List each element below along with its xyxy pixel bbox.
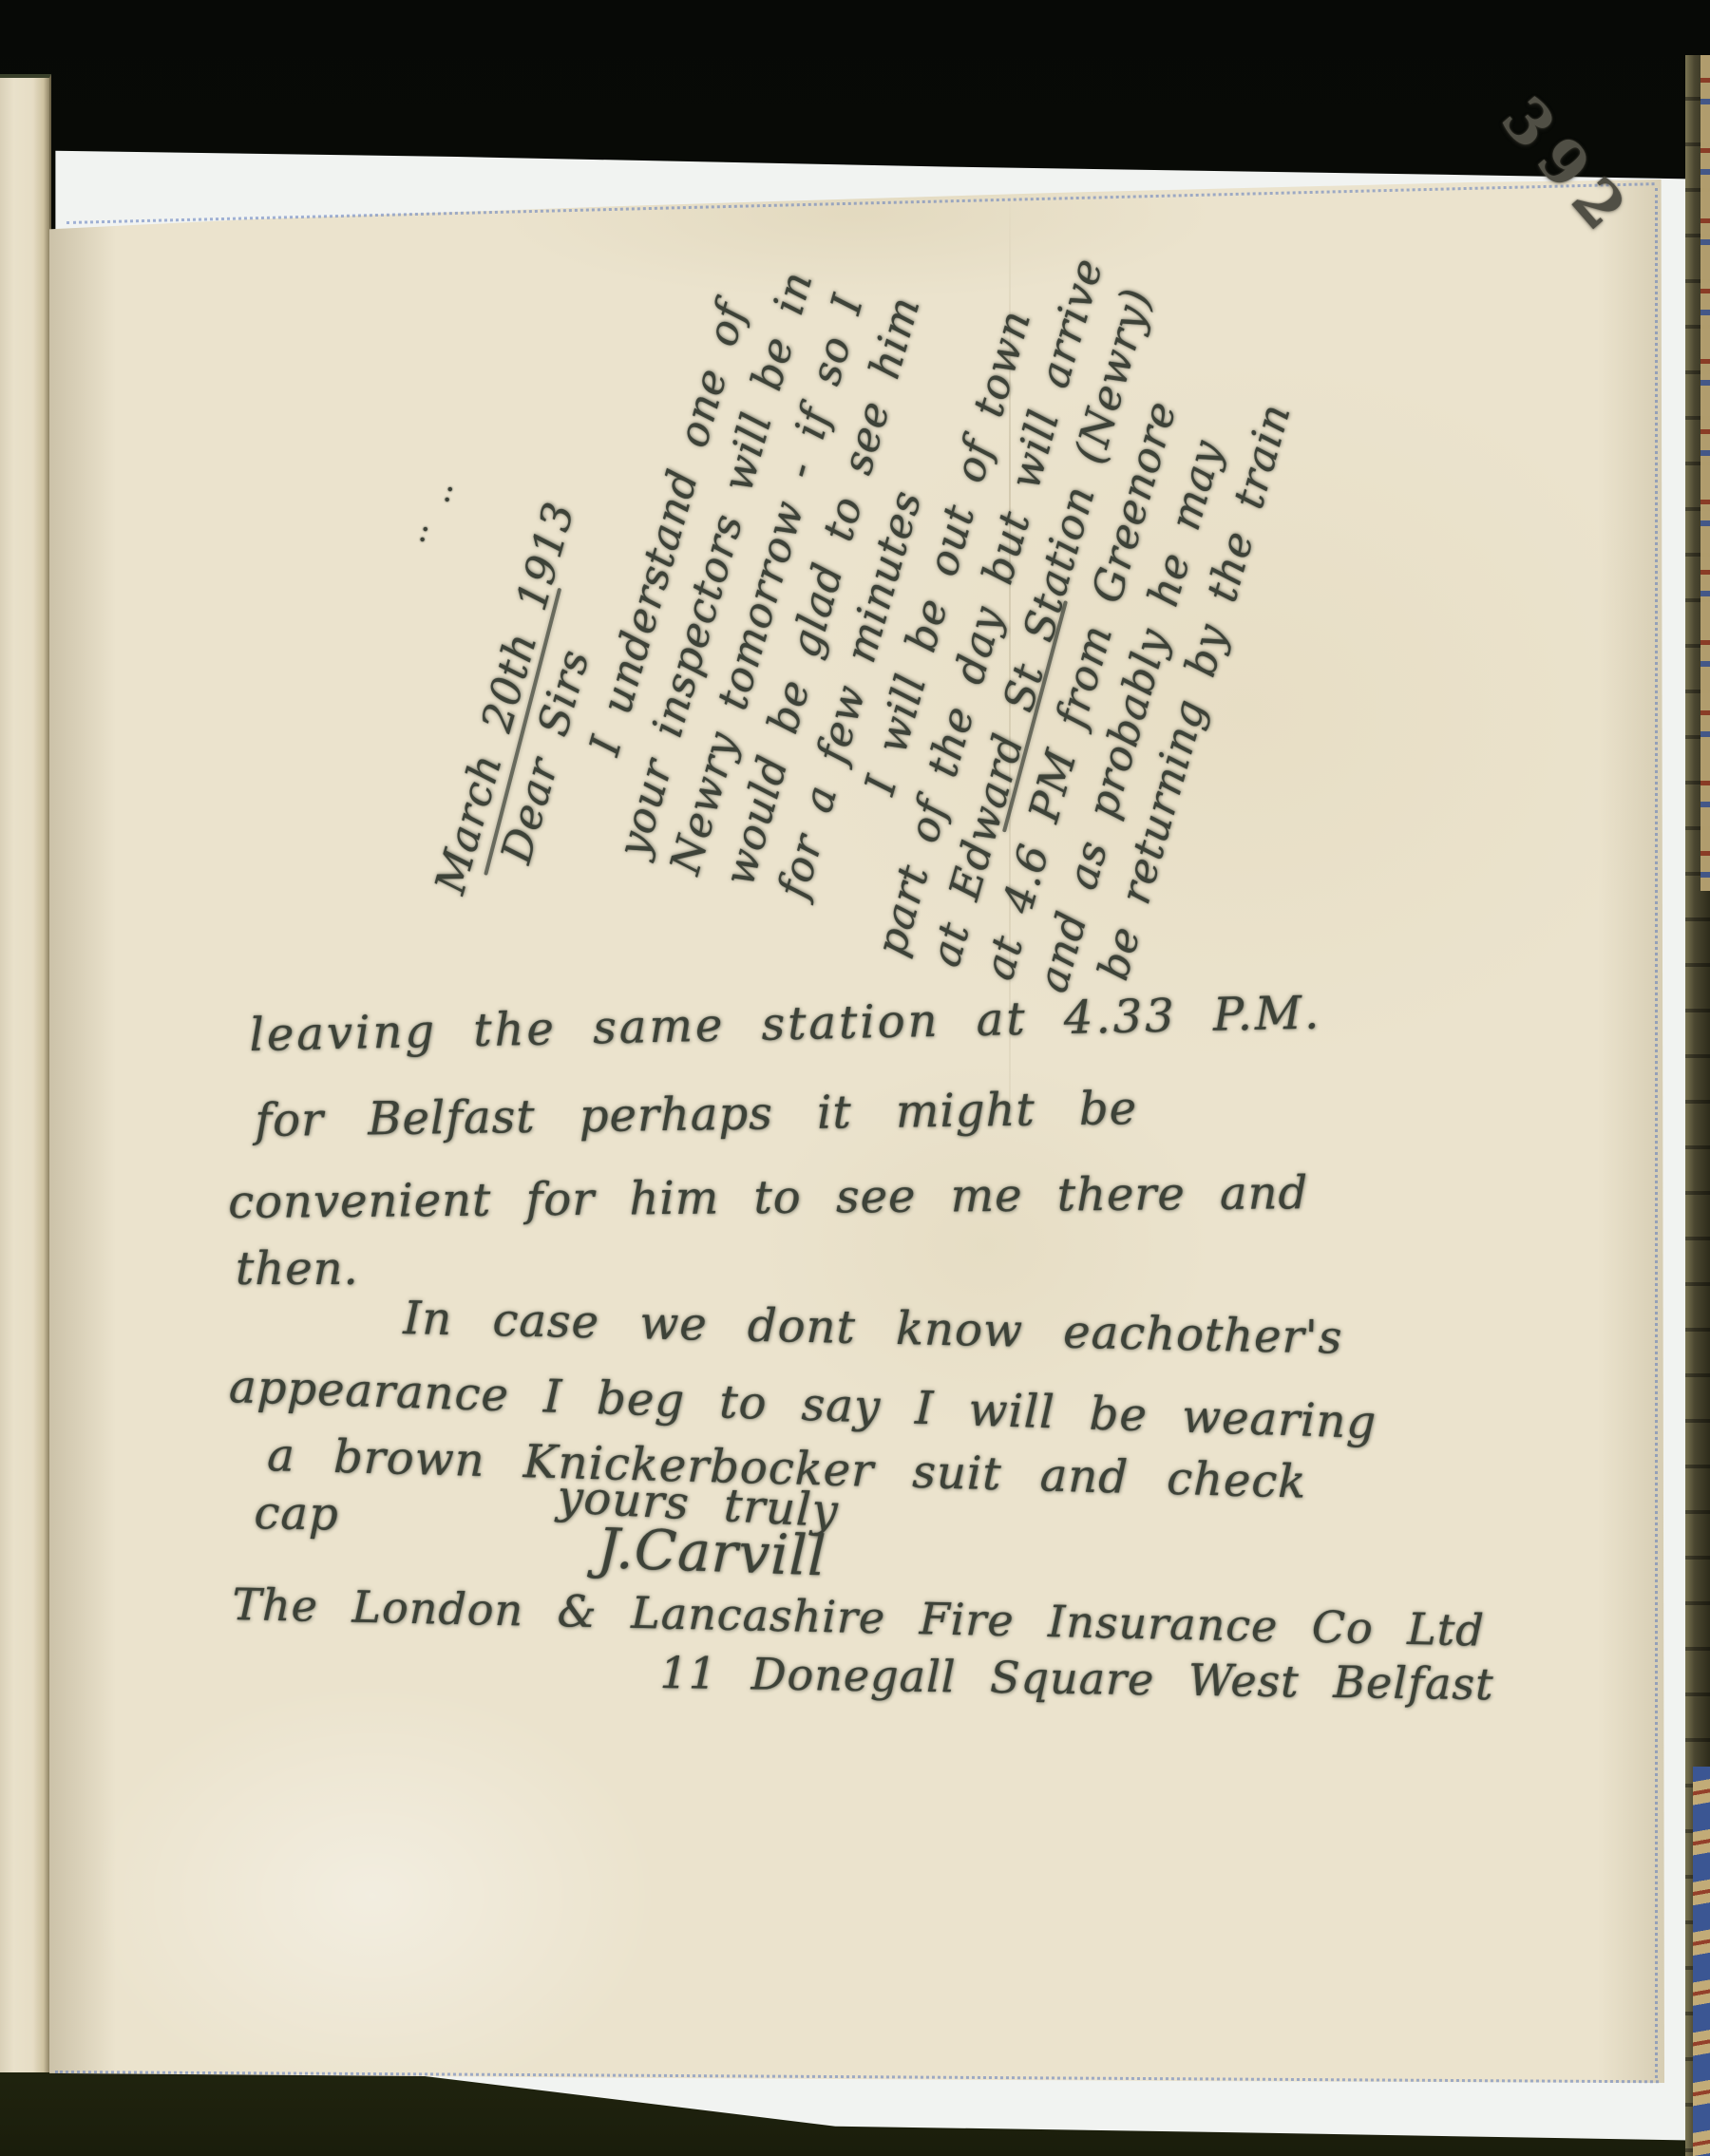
gutter-shadow xyxy=(49,176,116,2087)
scanned-letterbook-page: 392 ‥ ‥ March 20th 1913 Dear Sirs I unde… xyxy=(0,0,1710,2156)
letter-line: then. xyxy=(236,1242,359,1295)
letter-line: cap xyxy=(254,1486,339,1541)
marbled-paper-edge-bottom xyxy=(1693,1767,1710,2156)
letter-line: convenient for him to see me there and xyxy=(228,1166,1309,1229)
previous-page-edge xyxy=(0,74,51,2072)
signature: J.Carvill xyxy=(597,1516,828,1588)
blue-rule-right xyxy=(1655,188,1658,2078)
marbled-paper-edge-top xyxy=(1700,55,1710,891)
